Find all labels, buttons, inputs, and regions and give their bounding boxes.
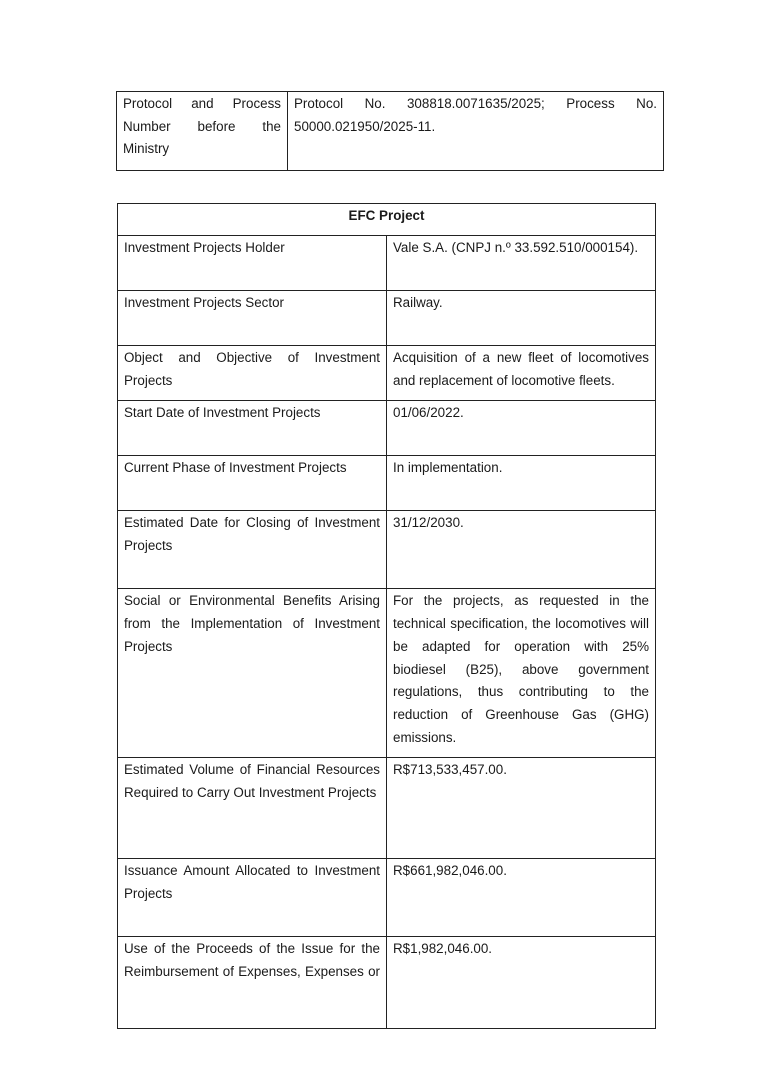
table-row: Issuance Amount Allocated to Investment … bbox=[118, 859, 656, 937]
table-row: Estimated Date for Closing of Investment… bbox=[118, 511, 656, 589]
row-value: 01/06/2022. bbox=[387, 401, 656, 456]
protocol-table: Protocol and Process Number before the M… bbox=[116, 91, 664, 171]
table-row: Investment Projects Sector Railway. bbox=[118, 291, 656, 346]
protocol-label: Protocol and Process Number before the M… bbox=[117, 92, 288, 171]
row-label: Estimated Volume of Financial Resources … bbox=[118, 758, 387, 859]
table-row: Investment Projects Holder Vale S.A. (CN… bbox=[118, 236, 656, 291]
table-row: Estimated Volume of Financial Resources … bbox=[118, 758, 656, 859]
table-header-row: EFC Project bbox=[118, 204, 656, 236]
table-row: Current Phase of Investment Projects In … bbox=[118, 456, 656, 511]
table-row: Protocol and Process Number before the M… bbox=[117, 92, 664, 171]
row-label: Social or Environmental Benefits Arising… bbox=[118, 589, 387, 758]
row-value: R$1,982,046.00. bbox=[387, 937, 656, 1029]
table-row: Object and Objective of Investment Proje… bbox=[118, 346, 656, 401]
row-value: Acquisition of a new fleet of locomotive… bbox=[387, 346, 656, 401]
row-label: Investment Projects Holder bbox=[118, 236, 387, 291]
row-label: Investment Projects Sector bbox=[118, 291, 387, 346]
efc-project-table: EFC Project Investment Projects Holder V… bbox=[117, 203, 656, 1029]
table-row: Use of the Proceeds of the Issue for the… bbox=[118, 937, 656, 1029]
row-value: Vale S.A. (CNPJ n.º 33.592.510/000154). bbox=[387, 236, 656, 291]
row-label: Current Phase of Investment Projects bbox=[118, 456, 387, 511]
row-value: 31/12/2030. bbox=[387, 511, 656, 589]
row-value: In implementation. bbox=[387, 456, 656, 511]
row-value: R$661,982,046.00. bbox=[387, 859, 656, 937]
row-label: Issuance Amount Allocated to Investment … bbox=[118, 859, 387, 937]
protocol-value: Protocol No. 308818.0071635/2025; Proces… bbox=[288, 92, 664, 171]
row-value: Railway. bbox=[387, 291, 656, 346]
table-title: EFC Project bbox=[118, 204, 656, 236]
row-label: Use of the Proceeds of the Issue for the… bbox=[118, 937, 387, 1029]
row-value: R$713,533,457.00. bbox=[387, 758, 656, 859]
table-row: Social or Environmental Benefits Arising… bbox=[118, 589, 656, 758]
row-label: Object and Objective of Investment Proje… bbox=[118, 346, 387, 401]
row-label: Start Date of Investment Projects bbox=[118, 401, 387, 456]
row-label: Estimated Date for Closing of Investment… bbox=[118, 511, 387, 589]
row-value: For the projects, as requested in the te… bbox=[387, 589, 656, 758]
table-row: Start Date of Investment Projects 01/06/… bbox=[118, 401, 656, 456]
